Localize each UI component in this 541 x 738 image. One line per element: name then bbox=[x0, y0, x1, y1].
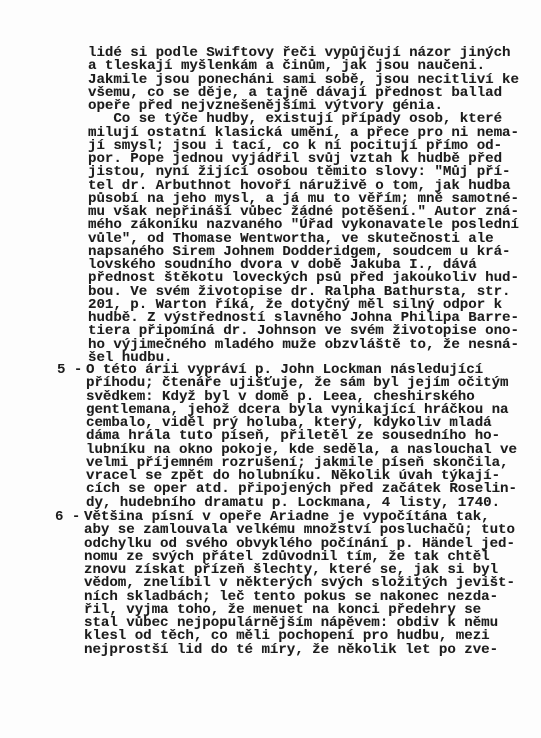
footnote-5-number: 5 - bbox=[57, 364, 82, 377]
text-line: dy, hudebního dramatu p. Lockmana, 4 lis… bbox=[86, 497, 500, 510]
text-line: nejprostší lid do té míry, že několik le… bbox=[84, 644, 498, 657]
typewritten-page: lidé si podle Swiftovy řeči vypůjčují ná… bbox=[0, 0, 541, 738]
footnote-6-number: 6 - bbox=[55, 511, 80, 524]
